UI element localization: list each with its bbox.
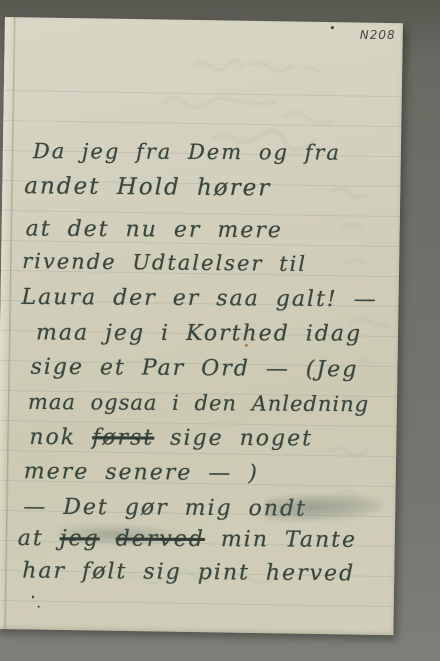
ink-speck bbox=[32, 595, 34, 598]
handwriting-segment: sige noget bbox=[154, 426, 313, 452]
handwriting-line: sige et Par Ord — (Jeg bbox=[30, 355, 358, 383]
manuscript-page: N208 Da jeg fra Dem og fra andet Hold hø… bbox=[0, 17, 403, 635]
handwriting-line: andet Hold hører bbox=[24, 173, 271, 201]
struck-word: først bbox=[92, 425, 154, 450]
handwriting-line: maa ogsaa i den Anledning bbox=[28, 390, 369, 416]
struck-word: jeg bbox=[60, 526, 100, 551]
handwriting-line: mere senere — ) bbox=[24, 459, 259, 486]
ink-speck bbox=[38, 606, 40, 608]
handwriting-line: at det nu er mere bbox=[26, 216, 283, 243]
ink-speck bbox=[331, 26, 334, 29]
handwriting-line: — Det gør mig ondt bbox=[23, 495, 307, 522]
catalog-number: N208 bbox=[360, 28, 396, 42]
handwriting-line: nok først sige noget bbox=[29, 425, 313, 451]
handwriting-line: har følt sig pint herved bbox=[22, 559, 355, 587]
handwriting-segment: min Tante bbox=[205, 527, 357, 553]
handwriting-line: at jeg derved min Tante bbox=[18, 526, 357, 553]
handwriting-line: Da jeg fra Dem og fra bbox=[33, 139, 341, 165]
handwriting-line: maa jeg i Korthed idag bbox=[36, 321, 362, 347]
struck-word: derved bbox=[116, 527, 205, 552]
handwriting-segment: at bbox=[18, 526, 60, 551]
handwriting-line: Laura der er saa galt! — bbox=[22, 285, 378, 312]
handwriting-line: rivende Udtalelser til bbox=[22, 249, 307, 276]
photo-backdrop: N208 Da jeg fra Dem og fra andet Hold hø… bbox=[0, 0, 440, 661]
handwriting-segment: nok bbox=[29, 425, 92, 450]
